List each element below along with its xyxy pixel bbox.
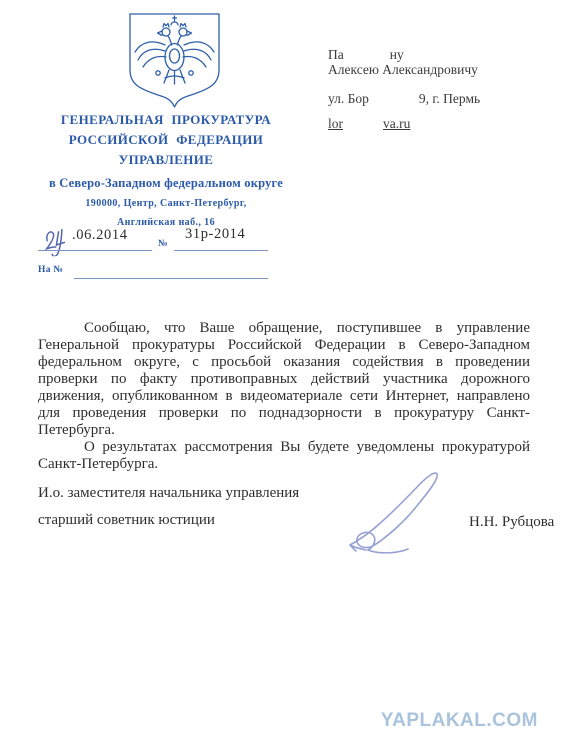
recipient-surname-line: Пану [328,48,550,63]
org-address-line1: 190000, Центр, Санкт-Петербург, [28,197,304,210]
recipient-email-line: lorva.ru [328,117,550,132]
recipient-surname-fragment-end: ну [390,47,404,62]
outgoing-doc-number: 31р-2014 [185,226,245,243]
date-underline [38,250,152,251]
reference-number-underline [74,278,268,279]
signer-title-line1: И.о. заместителя начальника управления [38,486,299,501]
reference-number-row: На № [38,262,270,282]
org-name-line1: ГЕНЕРАЛЬНАЯ ПРОКУРАТУРА [28,110,304,130]
org-name-line3: УПРАВЛЕНИЕ [28,150,304,170]
body-paragraph-1: Сообщаю, что Ваше обращение, поступившее… [38,320,530,439]
number-symbol: № [158,239,168,249]
signer-titles: И.о. заместителя начальника управления с… [38,486,299,528]
recipient-street-fragment: ул. Бор [328,91,369,106]
letterhead: ГЕНЕРАЛЬНАЯ ПРОКУРАТУРА РОССИЙСКОЙ ФЕДЕР… [28,110,304,229]
signer-title-line2: старший советник юстиции [38,513,299,528]
handwritten-day-icon [41,219,73,257]
recipient-firstname-line: Алексею Александровичу [328,63,550,78]
reference-number-label: На № [38,265,63,275]
recipient-surname-fragment: Па [328,47,344,62]
double-headed-eagle-icon [122,10,227,110]
signer-name: Н.Н. Рубцова [469,514,554,531]
recipient-city-fragment: 9, г. Пермь [419,91,480,106]
org-name-line2: РОССИЙСКОЙ ФЕДЕРАЦИИ [28,130,304,150]
scanned-letter-page: ГЕНЕРАЛЬНАЯ ПРОКУРАТУРА РОССИЙСКОЙ ФЕДЕР… [0,0,562,744]
org-district-line: в Северо-Западном федеральном округе [28,175,304,191]
date-number-row: .06.2014 № 31р-2014 [38,222,270,256]
watermark-text: YAPLAKAL.COM [381,710,538,732]
letter-body: Сообщаю, что Ваше обращение, поступившее… [38,320,530,473]
recipient-email-fragment: lor [328,116,343,131]
coat-of-arms [122,10,227,110]
recipient-block: Пану Алексею Александровичу ул. Бор9, г.… [328,48,550,131]
recipient-street-line: ул. Бор9, г. Пермь [328,92,550,107]
typed-date: .06.2014 [72,227,128,244]
handwritten-signature-icon [328,462,458,567]
recipient-email-fragment-end: va.ru [383,116,410,131]
number-underline [174,250,268,251]
